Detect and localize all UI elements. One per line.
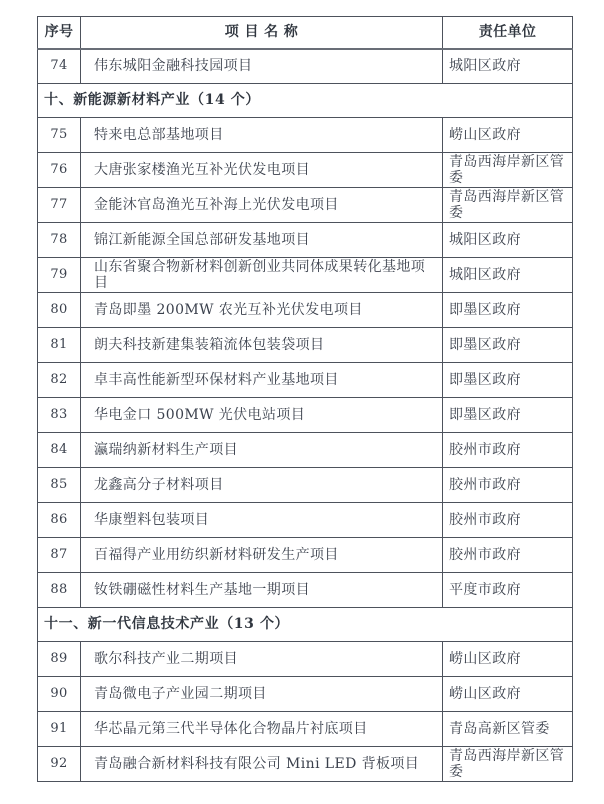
project-name-cell: 青岛融合新材料科技有限公司 Mini LED 背板项目 bbox=[81, 747, 443, 782]
project-name-cell: 青岛微电子产业园二期项目 bbox=[81, 677, 443, 712]
table-row: 91 华芯晶元第三代半导体化合物晶片衬底项目 青岛高新区管委 bbox=[38, 712, 573, 747]
responsible-unit-cell: 即墨区政府 bbox=[443, 293, 573, 328]
project-name-cell: 朗夫科技新建集装箱流体包装袋项目 bbox=[81, 328, 443, 363]
table-row: 87 百福得产业用纺织新材料研发生产项目 胶州市政府 bbox=[38, 538, 573, 573]
row-index-cell: 91 bbox=[38, 712, 81, 747]
table-row: 76 大唐张家楼渔光互补光伏发电项目 青岛西海岸新区管委 bbox=[38, 153, 573, 188]
responsible-unit-cell: 青岛西海岸新区管委 bbox=[443, 153, 573, 188]
row-index-cell: 83 bbox=[38, 398, 81, 433]
table-row: 80 青岛即墨 200MW 农光互补光伏发电项目 即墨区政府 bbox=[38, 293, 573, 328]
row-index-cell: 87 bbox=[38, 538, 81, 573]
responsible-unit-cell: 青岛西海岸新区管委 bbox=[443, 188, 573, 223]
table-row: 86 华康塑料包装项目 胶州市政府 bbox=[38, 503, 573, 538]
column-header-project-name: 项 目 名 称 bbox=[81, 17, 443, 49]
project-name-cell: 百福得产业用纺织新材料研发生产项目 bbox=[81, 538, 443, 573]
row-index-cell: 90 bbox=[38, 677, 81, 712]
project-name-cell: 青岛即墨 200MW 农光互补光伏发电项目 bbox=[81, 293, 443, 328]
responsible-unit-cell: 崂山区政府 bbox=[443, 642, 573, 677]
row-index-cell: 85 bbox=[38, 468, 81, 503]
responsible-unit-cell: 城阳区政府 bbox=[443, 49, 573, 84]
table-row: 81 朗夫科技新建集装箱流体包装袋项目 即墨区政府 bbox=[38, 328, 573, 363]
responsible-unit-cell: 胶州市政府 bbox=[443, 468, 573, 503]
project-name-cell: 伟东城阳金融科技园项目 bbox=[81, 49, 443, 84]
table-row: 78 锦江新能源全国总部研发基地项目 城阳区政府 bbox=[38, 223, 573, 258]
project-name-cell: 钕铁硼磁性材料生产基地一期项目 bbox=[81, 573, 443, 608]
project-name-cell: 山东省聚合物新材料创新创业共同体成果转化基地项目 bbox=[81, 258, 443, 293]
responsible-unit-cell: 即墨区政府 bbox=[443, 328, 573, 363]
row-index-cell: 77 bbox=[38, 188, 81, 223]
document-page: 序号 项 目 名 称 责任单位 74 伟东城阳金融科技园项目 城阳区政府 十、新… bbox=[0, 0, 604, 804]
project-name-cell: 卓丰高性能新型环保材料产业基地项目 bbox=[81, 363, 443, 398]
responsible-unit-cell: 青岛高新区管委 bbox=[443, 712, 573, 747]
responsible-unit-cell: 即墨区政府 bbox=[443, 398, 573, 433]
projects-table: 序号 项 目 名 称 责任单位 74 伟东城阳金融科技园项目 城阳区政府 十、新… bbox=[37, 16, 573, 782]
table-row: 90 青岛微电子产业园二期项目 崂山区政府 bbox=[38, 677, 573, 712]
table-row: 85 龙鑫高分子材料项目 胶州市政府 bbox=[38, 468, 573, 503]
table-row: 77 金能沐官岛渔光互补海上光伏发电项目 青岛西海岸新区管委 bbox=[38, 188, 573, 223]
row-index-cell: 75 bbox=[38, 118, 81, 153]
responsible-unit-cell: 城阳区政府 bbox=[443, 258, 573, 293]
row-index-cell: 81 bbox=[38, 328, 81, 363]
table-row: 84 瀛瑞纳新材料生产项目 胶州市政府 bbox=[38, 433, 573, 468]
responsible-unit-cell: 崂山区政府 bbox=[443, 118, 573, 153]
project-name-cell: 瀛瑞纳新材料生产项目 bbox=[81, 433, 443, 468]
project-name-cell: 锦江新能源全国总部研发基地项目 bbox=[81, 223, 443, 258]
project-name-cell: 华康塑料包装项目 bbox=[81, 503, 443, 538]
project-name-cell: 特来电总部基地项目 bbox=[81, 118, 443, 153]
responsible-unit-cell: 崂山区政府 bbox=[443, 677, 573, 712]
table-header-row: 序号 项 目 名 称 责任单位 bbox=[38, 17, 573, 49]
table-row: 88 钕铁硼磁性材料生产基地一期项目 平度市政府 bbox=[38, 573, 573, 608]
row-index-cell: 79 bbox=[38, 258, 81, 293]
row-index-cell: 74 bbox=[38, 49, 81, 84]
row-index-cell: 78 bbox=[38, 223, 81, 258]
responsible-unit-cell: 胶州市政府 bbox=[443, 503, 573, 538]
project-name-cell: 华电金口 500MW 光伏电站项目 bbox=[81, 398, 443, 433]
section-row: 十一、新一代信息技术产业（13 个） bbox=[38, 608, 573, 642]
row-index-cell: 80 bbox=[38, 293, 81, 328]
project-name-cell: 金能沐官岛渔光互补海上光伏发电项目 bbox=[81, 188, 443, 223]
responsible-unit-cell: 城阳区政府 bbox=[443, 223, 573, 258]
responsible-unit-cell: 胶州市政府 bbox=[443, 538, 573, 573]
project-name-cell: 歌尔科技产业二期项目 bbox=[81, 642, 443, 677]
section-label-cell: 十一、新一代信息技术产业（13 个） bbox=[38, 608, 573, 642]
section-label-cell: 十、新能源新材料产业（14 个） bbox=[38, 84, 573, 118]
table-row: 83 华电金口 500MW 光伏电站项目 即墨区政府 bbox=[38, 398, 573, 433]
row-index-cell: 88 bbox=[38, 573, 81, 608]
responsible-unit-cell: 平度市政府 bbox=[443, 573, 573, 608]
responsible-unit-cell: 胶州市政府 bbox=[443, 433, 573, 468]
column-header-responsible-unit: 责任单位 bbox=[443, 17, 573, 49]
table-row: 74 伟东城阳金融科技园项目 城阳区政府 bbox=[38, 49, 573, 84]
table-row: 89 歌尔科技产业二期项目 崂山区政府 bbox=[38, 642, 573, 677]
table-row: 82 卓丰高性能新型环保材料产业基地项目 即墨区政府 bbox=[38, 363, 573, 398]
project-name-cell: 华芯晶元第三代半导体化合物晶片衬底项目 bbox=[81, 712, 443, 747]
row-index-cell: 92 bbox=[38, 747, 81, 782]
project-name-cell: 大唐张家楼渔光互补光伏发电项目 bbox=[81, 153, 443, 188]
table-row: 75 特来电总部基地项目 崂山区政府 bbox=[38, 118, 573, 153]
row-index-cell: 89 bbox=[38, 642, 81, 677]
responsible-unit-cell: 即墨区政府 bbox=[443, 363, 573, 398]
row-index-cell: 76 bbox=[38, 153, 81, 188]
table-row: 92 青岛融合新材料科技有限公司 Mini LED 背板项目 青岛西海岸新区管委 bbox=[38, 747, 573, 782]
row-index-cell: 84 bbox=[38, 433, 81, 468]
section-row: 十、新能源新材料产业（14 个） bbox=[38, 84, 573, 118]
row-index-cell: 82 bbox=[38, 363, 81, 398]
table-row: 79 山东省聚合物新材料创新创业共同体成果转化基地项目 城阳区政府 bbox=[38, 258, 573, 293]
row-index-cell: 86 bbox=[38, 503, 81, 538]
project-name-cell: 龙鑫高分子材料项目 bbox=[81, 468, 443, 503]
column-header-index: 序号 bbox=[38, 17, 81, 49]
responsible-unit-cell: 青岛西海岸新区管委 bbox=[443, 747, 573, 782]
